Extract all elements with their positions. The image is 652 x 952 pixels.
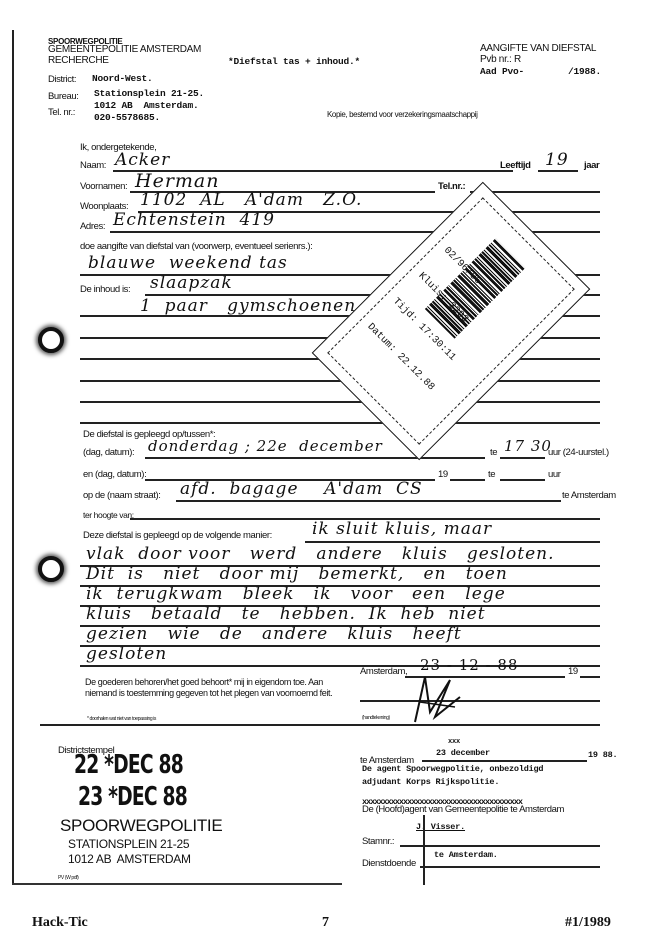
woonplaats-value: 1102 AL A'dam Z.O. xyxy=(140,190,362,210)
tijd-value: 17 30 xyxy=(504,437,552,455)
dag1-value: donderdag ; 22e december xyxy=(148,437,383,455)
handtekening-label: (handtekening) xyxy=(362,715,390,721)
straat-label: op de (naam straat): xyxy=(83,490,161,501)
stamp-name: SPOORWEGPOLITIE xyxy=(60,816,222,836)
bureau-value-2: 1012 AB Amsterdam. xyxy=(94,100,199,111)
bureau-label: Bureau: xyxy=(48,91,78,102)
voornamen-label: Voornamen: xyxy=(80,181,127,192)
uur-label: uur (24-uurstel.) xyxy=(548,447,609,458)
eigendom-text: De goederen behoren/het goed behoort* mi… xyxy=(85,677,345,699)
tot-label: te xyxy=(490,447,497,458)
ticket-kluis-label: Kluis: xyxy=(416,271,449,304)
uur2-label: uur xyxy=(548,469,561,480)
adres-label: Adres: xyxy=(80,221,105,232)
voornamen-value: Herman xyxy=(135,170,219,192)
form-left-border xyxy=(12,30,14,885)
stamp-addr-1: STATIONSPLEIN 21-25 xyxy=(68,837,189,851)
amsterdam-label: Amsterdam, xyxy=(360,666,407,677)
stamp-date-2: 23 *DEC 88 xyxy=(78,782,187,812)
te-label: te xyxy=(488,469,495,480)
inhoud-value-2: 1 paar gymschoenen xyxy=(140,296,356,316)
sign-year: 19 xyxy=(568,666,578,677)
telnr-label: Tel.nr.: xyxy=(438,181,465,192)
inhoud-label: De inhoud is: xyxy=(80,284,130,295)
dag1-label: (dag, datum): xyxy=(83,447,134,458)
manier-line: vlak door voor werd andere kluis geslote… xyxy=(86,544,554,564)
closing-year: 19 88. xyxy=(588,750,617,760)
manier-line: Dit is niet door mij bemerkt, en toen xyxy=(86,564,508,584)
dag2-label: en (dag, datum): xyxy=(83,469,146,480)
te-amsterdam: te Amsterdam xyxy=(562,490,616,501)
inhoud-value-1: slaapzak xyxy=(150,273,233,293)
adres-value: Echtenstein 419 xyxy=(113,210,275,230)
stamnr-label: Stamnr.: xyxy=(362,836,394,847)
ticket-datum-value: 22.12.88 xyxy=(394,351,436,393)
manier-line: gesloten xyxy=(86,644,167,664)
dienstdoende-label: Dienstdoende xyxy=(362,858,416,869)
ticket-tijd-value: 17:30:11 xyxy=(416,322,458,364)
xxx: xxx xyxy=(448,738,460,746)
stamp-date-1: 22 *DEC 88 xyxy=(74,750,183,780)
manier-line: gezien wie de andere kluis heeft xyxy=(86,624,462,644)
leeftijd-value: 19 xyxy=(545,150,569,170)
manier-label: Deze diefstal is gepleegd op de volgende… xyxy=(83,530,272,541)
vertical-mark xyxy=(423,815,425,885)
punch-hole-icon xyxy=(38,327,64,353)
hoogte-label: ter hoogte van: xyxy=(83,510,134,520)
ticket-kluis-value: 3293 xyxy=(445,301,470,326)
aangifte-text: doe aangifte van diefstal van (voorwerp,… xyxy=(80,241,312,252)
naam-value: Acker xyxy=(115,150,170,170)
leeftijd-unit: jaar xyxy=(584,160,599,171)
agent-line-1: De agent Spoorwegpolitie, onbezoldigd xyxy=(362,764,543,774)
signature-icon xyxy=(405,672,465,727)
manier-line: ik sluit kluis, maar xyxy=(312,519,492,539)
district-value: Noord-West. xyxy=(92,73,153,84)
org-line-3: RECHERCHE xyxy=(48,56,109,66)
form-title: AANGIFTE VAN DIEFSTAL xyxy=(480,44,596,54)
tel-label: Tel. nr.: xyxy=(48,107,75,118)
item-value: blauwe weekend tas xyxy=(88,253,288,273)
leeftijd-label: Leeftijd xyxy=(500,160,531,171)
ticket-datum-label: Datum: xyxy=(365,322,398,355)
naam-label: Naam: xyxy=(80,160,106,171)
footnote: * doorhalen wat niet van toepassing is xyxy=(87,716,156,722)
form-bottom-border xyxy=(12,883,342,885)
locker-ticket: 02/96/06 Kluis: 3293 Tijd: 17:30:11 Datu… xyxy=(312,182,591,461)
pvb-sub: Aad Pvo- /1988. xyxy=(480,66,601,77)
punch-hole-icon xyxy=(38,556,64,582)
stamp-addr-2: 1012 AB AMSTERDAM xyxy=(68,852,191,866)
pvb-number: Pvb nr.: R xyxy=(480,55,521,65)
stamp-tiny: PV (W pdf) xyxy=(58,875,78,881)
manier-line: ik terugkwam bleek ik voor een lege xyxy=(86,584,506,604)
district-label: District: xyxy=(48,74,76,85)
footer-right: #1/1989 xyxy=(565,915,611,931)
year-prefix: 19 xyxy=(438,469,448,480)
footer-left: Hack-Tic xyxy=(32,915,88,931)
hoofdagent: De (Hoofd)agent van Gemeentepolitie te A… xyxy=(362,804,564,815)
tel-value: 020-5578685. xyxy=(94,112,160,123)
copy-note: Kopie, bestemd voor verzekeringsmaatscha… xyxy=(327,110,478,119)
org-line-2: GEMEENTEPOLITIE AMSTERDAM xyxy=(48,45,201,55)
bureau-value-1: Stationsplein 21-25. xyxy=(94,88,204,99)
straat-value: afd. bagage A'dam CS xyxy=(180,479,423,499)
dienstdoende-value: te Amsterdam. xyxy=(434,850,498,860)
agent-line-2: adjudant Korps Rijkspolitie. xyxy=(362,777,499,787)
manier-line: kluis betaald te hebben. Ik heb niet xyxy=(86,604,486,624)
subject: *Diefstal tas + inhoud.* xyxy=(228,56,360,67)
closing-date: 23 december xyxy=(436,748,490,758)
ticket-tijd-label: Tijd: xyxy=(390,296,419,325)
page-number: 7 xyxy=(322,915,329,931)
